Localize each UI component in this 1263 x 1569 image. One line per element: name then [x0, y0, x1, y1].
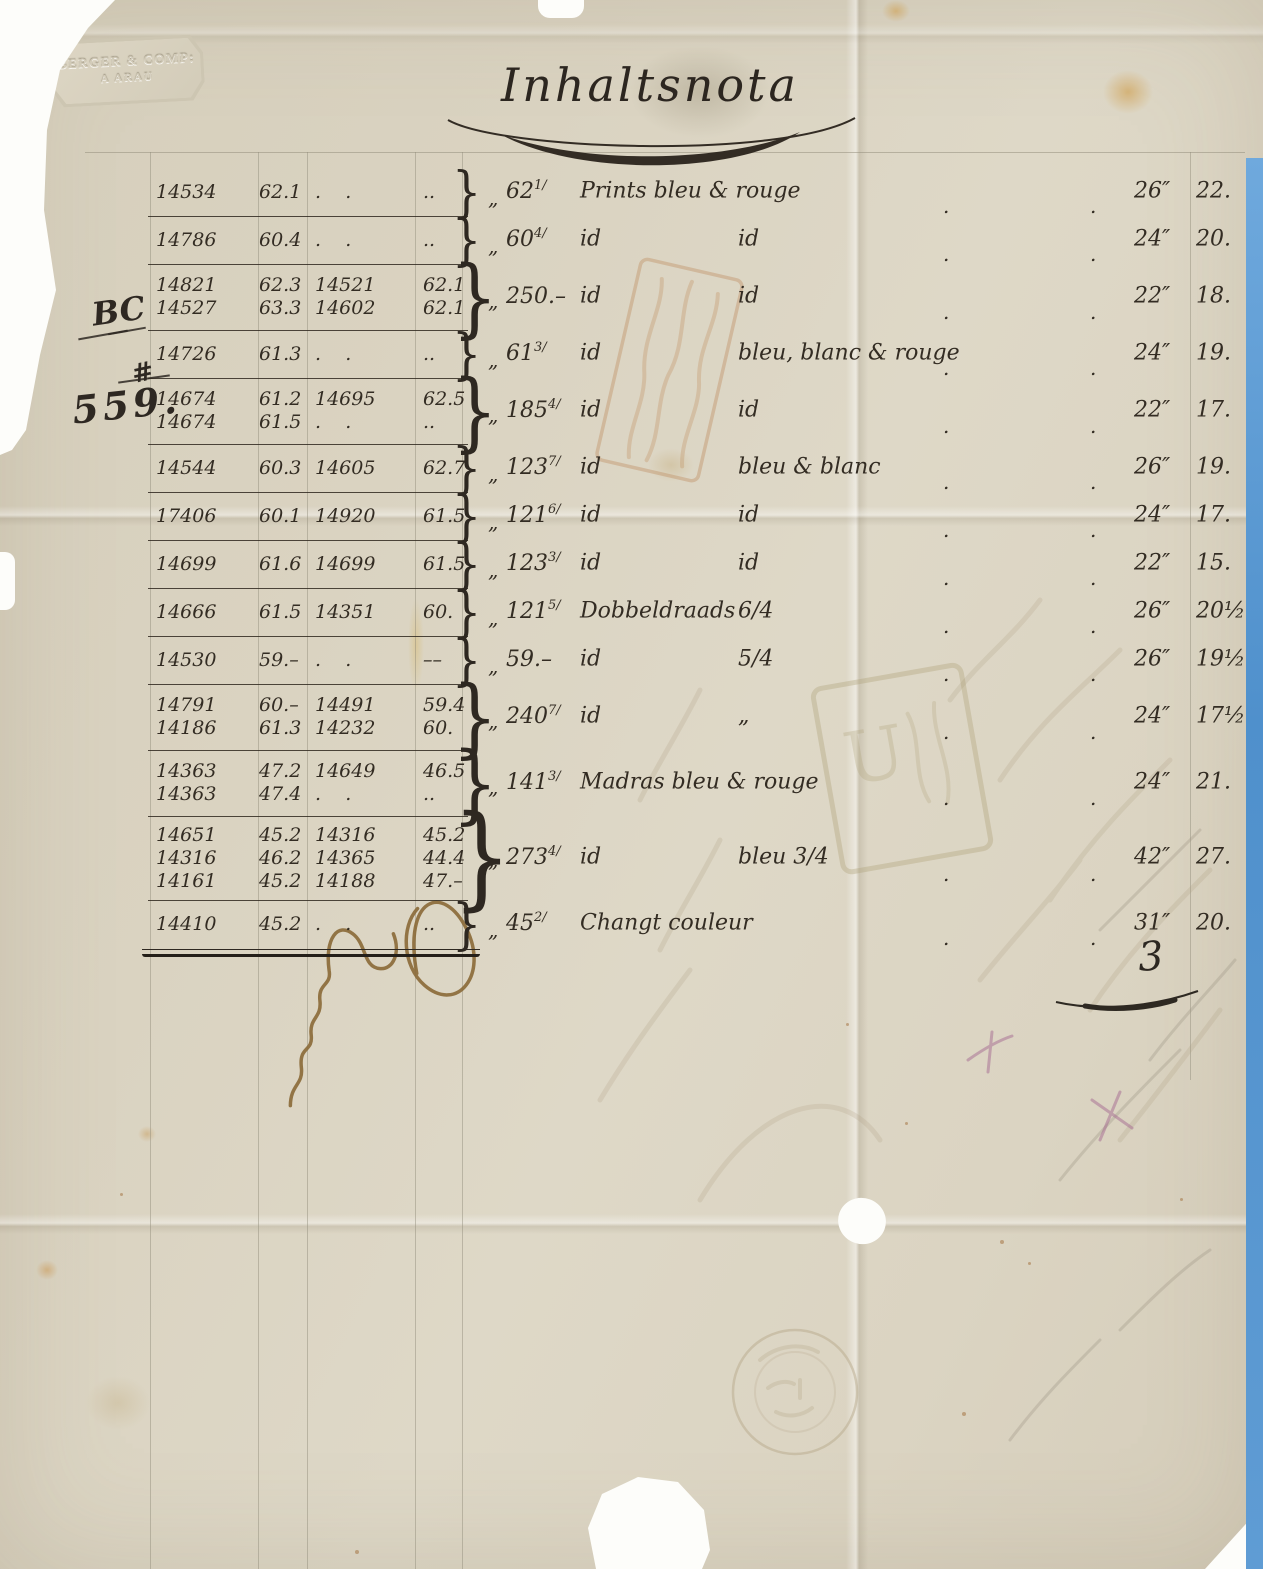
- price-value: 20.: [1196, 227, 1231, 252]
- lot-number: 14666: [148, 601, 259, 624]
- lot-line: 1469961.61469961.5: [148, 553, 468, 576]
- table-row: 1469961.61469961.5}„1233/idid..22″15.: [148, 540, 1248, 588]
- lot-number: 14365: [311, 847, 423, 870]
- lot-line: 1467461.5. ...: [148, 411, 468, 434]
- price-value: 21.: [1196, 770, 1231, 795]
- lot-value: 63.3: [259, 297, 311, 320]
- stain: [1103, 70, 1153, 114]
- row-description: idid: [580, 551, 759, 576]
- ditto-mark: „: [488, 289, 498, 313]
- spacer-dot: .: [1090, 786, 1096, 810]
- lot-number: 14316: [148, 847, 259, 870]
- lot-value: 60.4: [259, 229, 311, 252]
- row-quantity: 1413/: [506, 769, 561, 795]
- lot-number: 14786: [148, 229, 259, 252]
- quantity-value: 273: [506, 845, 548, 870]
- row-description: Madras bleu & rouge: [580, 770, 819, 795]
- description-color: id: [738, 227, 759, 252]
- lot-value: 47.2: [259, 760, 311, 783]
- ditto-mark: „: [488, 558, 498, 582]
- lot-line: 1472661.3. ...: [148, 343, 468, 366]
- lot-columns: 1740660.11492061.5: [148, 492, 468, 541]
- quantity-value: 250.–: [506, 284, 566, 309]
- quantity-value: 141: [506, 770, 548, 795]
- lot-line: 1479160.–1449159.4: [148, 694, 468, 717]
- lot-number: 14188: [311, 870, 423, 893]
- table-row: 1441045.2. ...}„452/Changt couleur..31″2…: [148, 900, 1248, 948]
- description-article: id: [580, 503, 738, 528]
- lot-value: 45.2: [259, 870, 311, 893]
- table-row: 1465145.21431645.21431646.21436544.41416…: [148, 816, 1248, 900]
- row-quantity: 250.–: [506, 283, 566, 309]
- row-description: Changt couleur: [580, 911, 753, 936]
- lot-value: 61.2: [259, 388, 311, 411]
- description-article: Dobbeldraads: [580, 599, 738, 624]
- lot-columns: 1453059.–. .––: [148, 636, 468, 685]
- lot-columns: 1436347.21464946.51436347.4. ...: [148, 750, 468, 817]
- fold-crease-horizontal: [0, 1214, 1263, 1234]
- price-width: 22″: [1134, 551, 1170, 576]
- spacer-dot: .: [943, 662, 949, 686]
- lot-line: 1436347.21464946.5: [148, 760, 468, 783]
- quantity-fraction: 2/: [534, 910, 547, 925]
- ditto-mark: „: [488, 918, 498, 942]
- row-quantity: 613/: [506, 340, 547, 366]
- quantity-fraction: 4/: [548, 397, 561, 412]
- row-description: idid: [580, 227, 759, 252]
- lot-number: 14534: [148, 181, 259, 204]
- table-closing-rule: [142, 949, 480, 957]
- lot-number: 14544: [148, 457, 259, 480]
- row-description: Prints bleu & rouge: [580, 179, 801, 204]
- row-quantity: 1215/: [506, 598, 561, 624]
- spacer-dot: .: [943, 300, 949, 324]
- lot-number: 14316: [311, 824, 423, 847]
- row-quantity: 1216/: [506, 502, 561, 528]
- lot-number: . .: [311, 181, 423, 204]
- table-row: 1466661.51435160.}„1215/Dobbeldraads6/4.…: [148, 588, 1248, 636]
- description-article: id: [580, 455, 738, 480]
- spacer-dot: .: [1090, 720, 1096, 744]
- lot-columns: 1453462.1. ...: [148, 168, 468, 217]
- quantity-value: 185: [506, 398, 548, 423]
- row-quantity: 452/: [506, 910, 547, 936]
- lot-number: 14674: [148, 388, 259, 411]
- spacer-dot: .: [1090, 862, 1096, 886]
- quantity-value: 123: [506, 455, 548, 480]
- spacer-dot: .: [943, 720, 949, 744]
- lot-number: 14674: [148, 411, 259, 434]
- quantity-value: 121: [506, 599, 548, 624]
- price-value: 18.: [1196, 284, 1231, 309]
- spacer-dot: .: [943, 414, 949, 438]
- quantity-fraction: 7/: [548, 703, 561, 718]
- lot-line: 1482162.31452162.1: [148, 274, 468, 297]
- lot-number: 14651: [148, 824, 259, 847]
- lot-number: 14699: [311, 553, 423, 576]
- description-color: id: [738, 503, 759, 528]
- description-article: id: [580, 398, 738, 423]
- price-value: 20.: [1196, 911, 1231, 936]
- row-quantity: 2734/: [506, 844, 561, 870]
- row-description: idid: [580, 398, 759, 423]
- row-description: idid: [580, 503, 759, 528]
- spacer-dot: .: [943, 194, 949, 218]
- lot-number: 14530: [148, 649, 259, 672]
- lot-value: 45.2: [259, 824, 311, 847]
- description-color: 5/4: [738, 647, 773, 672]
- lot-line: 1465145.21431645.2: [148, 824, 468, 847]
- quantity-fraction: 6/: [548, 502, 561, 517]
- description-color: bleu, blanc & rouge: [738, 341, 960, 366]
- ditto-mark: „: [488, 462, 498, 486]
- lot-number: 14527: [148, 297, 259, 320]
- quantity-value: 121: [506, 503, 548, 528]
- quantity-value: 240: [506, 704, 548, 729]
- description-color: id: [738, 398, 759, 423]
- table-row: 1467461.21469562.51467461.5. ...}„1854/i…: [148, 378, 1248, 444]
- spacer-dot: .: [1090, 614, 1096, 638]
- price-value: 19½: [1196, 647, 1245, 672]
- quantity-value: 62: [506, 179, 534, 204]
- description-article: Madras bleu & rouge: [580, 770, 819, 795]
- lot-value: 60.–: [259, 694, 311, 717]
- spacer-dot: .: [943, 518, 949, 542]
- description-color: 6/4: [738, 599, 773, 624]
- lot-line: 1740660.11492061.5: [148, 505, 468, 528]
- lot-line: 1478660.4. ...: [148, 229, 468, 252]
- lot-line: 1466661.51435160.: [148, 601, 468, 624]
- description-article: Changt couleur: [580, 911, 753, 936]
- row-description: idbleu & blanc: [580, 455, 881, 480]
- price-width: 22″: [1134, 284, 1170, 309]
- lot-value: 61.3: [259, 717, 311, 740]
- quantity-value: 59.–: [506, 647, 552, 672]
- description-article: Prints bleu & rouge: [580, 179, 801, 204]
- ditto-mark: „: [488, 186, 498, 210]
- price-width: 26″: [1134, 455, 1170, 480]
- description-color: id: [738, 284, 759, 309]
- row-quantity: 621/: [506, 178, 547, 204]
- row-quantity: 604/: [506, 226, 547, 252]
- quantity-fraction: 3/: [548, 550, 561, 565]
- lot-number: . .: [311, 913, 423, 936]
- lot-number: . .: [311, 411, 423, 434]
- quantity-fraction: 7/: [548, 454, 561, 469]
- lot-line: 1453059.–. .––: [148, 649, 468, 672]
- row-description: idbleu, blanc & rouge: [580, 341, 960, 366]
- lot-columns: 1466661.51435160.: [148, 588, 468, 637]
- lot-line: 1418661.31423260.: [148, 717, 468, 740]
- lot-number: 14695: [311, 388, 423, 411]
- row-brace: }: [452, 896, 481, 951]
- lot-number: 14605: [311, 457, 423, 480]
- quantity-value: 123: [506, 551, 548, 576]
- row-quantity: 1237/: [506, 454, 561, 480]
- description-article: id: [580, 284, 738, 309]
- description-article: id: [580, 845, 738, 870]
- description-color: „: [738, 704, 749, 729]
- speck: [905, 1122, 908, 1125]
- quantity-fraction: 3/: [534, 340, 547, 355]
- price-value: 22.: [1196, 179, 1231, 204]
- price-width: 22″: [1134, 398, 1170, 423]
- stain: [138, 1126, 156, 1142]
- table-row: 1482162.31452162.11452763.31460262.1}„25…: [148, 264, 1248, 330]
- lot-columns: 1472661.3. ...: [148, 330, 468, 379]
- table-row: 1472661.3. ...}„613/idbleu, blanc & roug…: [148, 330, 1248, 378]
- spacer-dot: .: [943, 862, 949, 886]
- price-width: 26″: [1134, 647, 1170, 672]
- price-value: 19.: [1196, 341, 1231, 366]
- price-value: 17.: [1196, 398, 1231, 423]
- ditto-mark: „: [488, 403, 498, 427]
- spacer-dot: .: [943, 356, 949, 380]
- stain: [86, 1376, 150, 1430]
- table-row: 1478660.4. ...}„604/idid..24″20.: [148, 216, 1248, 264]
- lot-line: 1453462.1. ...: [148, 181, 468, 204]
- quantity-fraction: 1/: [534, 178, 547, 193]
- lot-columns: 1454460.31460562.7: [148, 444, 468, 493]
- ditto-mark: „: [488, 709, 498, 733]
- lot-number: . .: [311, 229, 423, 252]
- torn-edge-notch: [538, 0, 584, 18]
- row-quantity: 2407/: [506, 703, 561, 729]
- spacer-dot: .: [943, 566, 949, 590]
- lot-number: 14791: [148, 694, 259, 717]
- price-value: 20½: [1196, 599, 1245, 624]
- lot-line: 1431646.21436544.4: [148, 847, 468, 870]
- lot-number: 14521: [311, 274, 423, 297]
- lot-number: 14726: [148, 343, 259, 366]
- lot-number: . .: [311, 343, 423, 366]
- lot-line: 1467461.21469562.5: [148, 388, 468, 411]
- row-description: id5/4: [580, 647, 773, 672]
- ditto-mark: „: [488, 606, 498, 630]
- lot-number: . .: [311, 649, 423, 672]
- price-value: 19.: [1196, 455, 1231, 480]
- lot-value: 62.3: [259, 274, 311, 297]
- table-row: 1454460.31460562.7}„1237/idbleu & blanc.…: [148, 444, 1248, 492]
- description-color: bleu 3/4: [738, 845, 829, 870]
- lot-columns: 1467461.21469562.51467461.5. ...: [148, 378, 468, 445]
- lot-number: 14410: [148, 913, 259, 936]
- lot-value: 45.2: [259, 913, 311, 936]
- price-width: 26″: [1134, 599, 1170, 624]
- spacer-dot: .: [1090, 300, 1096, 324]
- spacer-dot: .: [943, 926, 949, 950]
- spacer-dot: .: [943, 242, 949, 266]
- ruled-line: [85, 152, 1245, 153]
- lot-number: . .: [311, 783, 423, 806]
- stain: [36, 1260, 58, 1280]
- quantity-value: 60: [506, 227, 534, 252]
- lot-value: 46.2: [259, 847, 311, 870]
- lot-line: 1452763.31460262.1: [148, 297, 468, 320]
- description-article: id: [580, 704, 738, 729]
- description-article: id: [580, 551, 738, 576]
- table-row: 1453059.–. .––}„59.–id5/4..26″19½: [148, 636, 1248, 684]
- quantity-value: 61: [506, 341, 534, 366]
- description-color: bleu & blanc: [738, 455, 881, 480]
- quantity-fraction: 4/: [534, 226, 547, 241]
- lot-columns: 1441045.2. ...: [148, 900, 468, 948]
- lot-columns: 1482162.31452162.11452763.31460262.1: [148, 264, 468, 331]
- spacer-dot: .: [1090, 194, 1096, 218]
- row-quantity: 1854/: [506, 397, 561, 423]
- lot-number: 14821: [148, 274, 259, 297]
- lot-number: 14491: [311, 694, 423, 717]
- lot-number: 14699: [148, 553, 259, 576]
- table-row: 1740660.11492061.5}„1216/idid..24″17.: [148, 492, 1248, 540]
- price-width: 24″: [1134, 770, 1170, 795]
- description-article: id: [580, 227, 738, 252]
- quantity-fraction: 3/: [548, 769, 561, 784]
- table-row: 1436347.21464946.51436347.4. ...}„1413/M…: [148, 750, 1248, 816]
- lot-number: 14649: [311, 760, 423, 783]
- inventory-table: 1453462.1. ...}„621/Prints bleu & rouge.…: [148, 168, 1248, 948]
- price-width: 24″: [1134, 704, 1170, 729]
- quantity-value: 45: [506, 911, 534, 936]
- lot-line: 1416145.21418847.–: [148, 870, 468, 893]
- price-value: 17½: [1196, 704, 1245, 729]
- stain: [882, 0, 910, 22]
- scanned-document: { "embossed_stamp": { "line1": "BERGER &…: [0, 0, 1263, 1569]
- lot-value: 61.6: [259, 553, 311, 576]
- spacer-dot: .: [1090, 662, 1096, 686]
- lot-value: 61.5: [259, 411, 311, 434]
- spacer-dot: .: [1090, 518, 1096, 542]
- lot-number: 14161: [148, 870, 259, 893]
- spacer-dot: .: [1090, 356, 1096, 380]
- torn-edge-notch: [0, 552, 15, 610]
- description-color: id: [738, 551, 759, 576]
- speck: [1180, 1198, 1183, 1201]
- spacer-dot: .: [1090, 926, 1096, 950]
- lot-columns: 1478660.4. ...: [148, 216, 468, 265]
- page-total: 3: [1136, 933, 1165, 981]
- spacer-dot: .: [1090, 470, 1096, 494]
- price-width: 24″: [1134, 503, 1170, 528]
- price-value: 15.: [1196, 551, 1231, 576]
- row-quantity: 1233/: [506, 550, 561, 576]
- row-description: Dobbeldraads6/4: [580, 599, 773, 624]
- lot-value: 61.5: [259, 601, 311, 624]
- lot-number: 14602: [311, 297, 423, 320]
- spacer-dot: .: [1090, 566, 1096, 590]
- lot-number: 14232: [311, 717, 423, 740]
- price-value: 17.: [1196, 503, 1231, 528]
- row-description: idid: [580, 284, 759, 309]
- ditto-mark: „: [488, 848, 498, 872]
- price-width: 24″: [1134, 227, 1170, 252]
- lot-value: 47.4: [259, 783, 311, 806]
- lot-line: 1454460.31460562.7: [148, 457, 468, 480]
- description-article: id: [580, 647, 738, 672]
- spacer-dot: .: [943, 470, 949, 494]
- scan-edge: [1246, 158, 1263, 1569]
- lot-number: 14186: [148, 717, 259, 740]
- lot-line: 1436347.4. ...: [148, 783, 468, 806]
- page-title: Inhaltsnota: [430, 58, 870, 112]
- spacer-dot: .: [943, 786, 949, 810]
- spacer-dot: .: [1090, 414, 1096, 438]
- lot-value: 60.1: [259, 505, 311, 528]
- lot-columns: 1469961.61469961.5: [148, 540, 468, 589]
- lot-number: 14351: [311, 601, 423, 624]
- speck: [1000, 1240, 1004, 1244]
- table-row: 1479160.–1449159.41418661.31423260.}„240…: [148, 684, 1248, 750]
- speck: [1028, 1262, 1031, 1265]
- row-quantity: 59.–: [506, 646, 552, 672]
- lot-value: 59.–: [259, 649, 311, 672]
- price-width: 42″: [1134, 845, 1170, 870]
- lot-value: 60.3: [259, 457, 311, 480]
- lot-number: 14363: [148, 783, 259, 806]
- quantity-fraction: 4/: [548, 844, 561, 859]
- speck: [846, 1023, 849, 1026]
- speck: [355, 1550, 359, 1554]
- lot-value: 62.1: [259, 181, 311, 204]
- lot-columns: 1465145.21431645.21431646.21436544.41416…: [148, 816, 468, 901]
- lot-number: 14920: [311, 505, 423, 528]
- spacer-dot: .: [943, 614, 949, 638]
- row-description: idbleu 3/4: [580, 845, 829, 870]
- description-article: id: [580, 341, 738, 366]
- price-width: 26″: [1134, 179, 1170, 204]
- speck: [962, 1412, 966, 1416]
- ditto-mark: „: [488, 510, 498, 534]
- lot-value: 61.3: [259, 343, 311, 366]
- quantity-fraction: 5/: [548, 598, 561, 613]
- lot-columns: 1479160.–1449159.41418661.31423260.: [148, 684, 468, 751]
- price-value: 27.: [1196, 845, 1231, 870]
- row-description: id„: [580, 704, 749, 729]
- speck: [120, 1193, 123, 1196]
- lot-number: 14363: [148, 760, 259, 783]
- lot-number: 17406: [148, 505, 259, 528]
- lot-line: 1441045.2. ...: [148, 913, 468, 936]
- price-width: 31″: [1134, 911, 1170, 936]
- price-width: 24″: [1134, 341, 1170, 366]
- spacer-dot: .: [1090, 242, 1096, 266]
- table-row: 1453462.1. ...}„621/Prints bleu & rouge.…: [148, 168, 1248, 216]
